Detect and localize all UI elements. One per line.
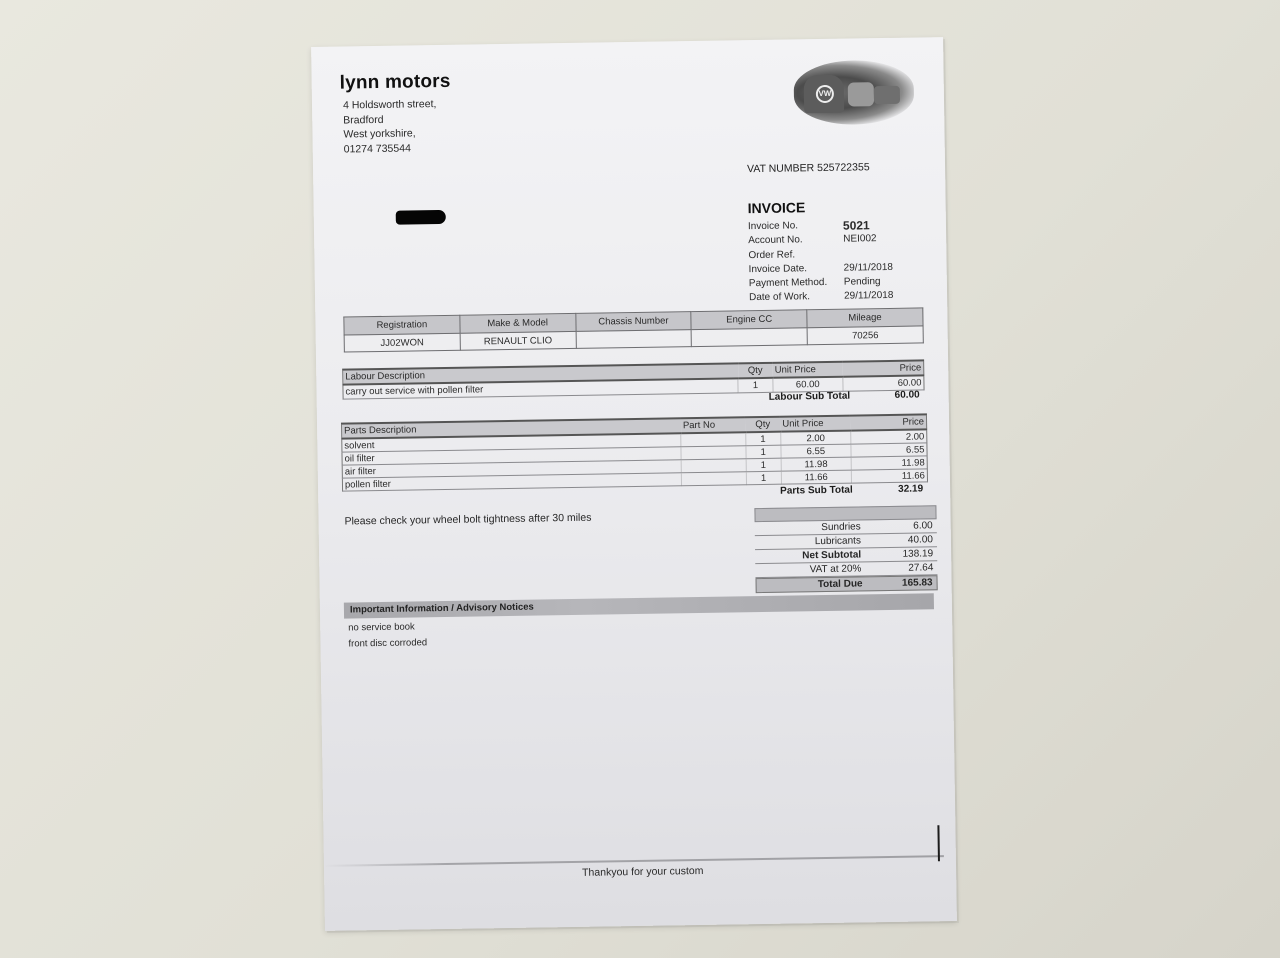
col-make-model: Make & Model [460, 313, 576, 333]
invoice-details: Invoice No. 5021 Account No. NEI002 Orde… [748, 218, 894, 306]
part-qty: 1 [746, 471, 781, 485]
part-unit-price: 2.00 [780, 431, 850, 446]
col-qty: Qty [745, 417, 780, 433]
account-number-row: Account No. NEI002 [748, 232, 893, 249]
summary-label: VAT at 20% [755, 562, 865, 577]
summary-label: Net Subtotal [755, 548, 865, 563]
registration: JJ02WON [344, 333, 460, 352]
col-part-no: Part No [681, 417, 746, 433]
part-unit-price: 11.66 [781, 470, 851, 484]
field-label: Date of Work. [749, 290, 844, 306]
total-due-row: Total Due 165.83 [755, 575, 937, 593]
field-label: Account No. [748, 233, 843, 249]
redaction-mark [396, 210, 446, 225]
col-engine-cc: Engine CC [691, 310, 807, 330]
part-price: 11.66 [851, 469, 927, 483]
phone-number: 01274 735544 [344, 141, 438, 157]
part-qty: 1 [746, 445, 781, 459]
net-subtotal-value: 138.19 [865, 547, 937, 561]
col-registration: Registration [344, 315, 460, 335]
part-number [681, 459, 746, 473]
col-qty: Qty [738, 363, 773, 379]
col-mileage: Mileage [807, 308, 923, 328]
part-price: 11.98 [851, 456, 927, 470]
summary-label: Total Due [757, 577, 867, 592]
parts-table: Parts Description Part No Qty Unit Price… [341, 413, 928, 491]
field-label: Payment Method. [749, 276, 844, 292]
summary-label: Sundries [755, 520, 865, 535]
sundries-value: 6.00 [865, 519, 937, 533]
parts-subtotal: 32.19 [898, 483, 923, 494]
invoice-date: 29/11/2018 [844, 261, 894, 276]
thank-you-footer: Thankyou for your custom [582, 865, 704, 879]
col-price: Price [850, 414, 926, 430]
labour-subtotal-label: Labour Sub Total [769, 391, 851, 403]
address-line: 4 Holdsworth street, [343, 97, 437, 113]
part-price: 2.00 [851, 429, 927, 444]
engine-cc [691, 328, 807, 347]
address-line: Bradford [343, 112, 437, 128]
vehicle-table: Registration Make & Model Chassis Number… [343, 307, 923, 352]
address-line: West yorkshire, [343, 126, 437, 142]
part-number [682, 472, 747, 486]
lubricants-value: 40.00 [865, 533, 937, 547]
col-chassis-number: Chassis Number [575, 312, 691, 332]
mileage: 70256 [807, 326, 923, 345]
car-icon [874, 86, 900, 104]
col-unit-price: Unit Price [780, 416, 850, 432]
col-unit-price: Unit Price [773, 362, 843, 378]
part-number [681, 446, 746, 460]
advisory-notices: Important Information / Advisory Notices… [344, 593, 935, 650]
part-number [681, 432, 746, 447]
part-qty: 1 [745, 432, 780, 446]
invoice-number: 5021 [843, 218, 870, 233]
field-label: Order Ref. [748, 247, 843, 263]
parts-subtotal-label: Parts Sub Total [780, 485, 853, 497]
date-of-work-row: Date of Work. 29/11/2018 [749, 289, 894, 306]
part-unit-price: 6.55 [781, 444, 851, 458]
part-unit-price: 11.98 [781, 457, 851, 471]
company-address: 4 Holdsworth street, Bradford West yorks… [343, 97, 437, 156]
labour-qty: 1 [738, 378, 773, 393]
vat-number: VAT NUMBER 525722355 [747, 161, 870, 175]
totals-summary: Sundries 6.00 Lubricants 40.00 Net Subto… [754, 505, 937, 593]
field-label: Invoice Date. [749, 262, 844, 278]
part-price: 6.55 [851, 443, 927, 457]
van-icon [848, 82, 874, 106]
labour-subtotal: 60.00 [895, 390, 920, 401]
summary-label: Lubricants [755, 534, 865, 549]
make-model: RENAULT CLIO [460, 331, 576, 350]
total-due-value: 165.83 [866, 576, 936, 590]
staple-mark [937, 825, 940, 861]
company-name: lynn motors [340, 71, 451, 95]
date-of-work: 29/11/2018 [844, 289, 894, 304]
invoice-title: INVOICE [748, 199, 806, 216]
wheel-bolt-notice: Please check your wheel bolt tightness a… [344, 512, 591, 528]
invoice-sheet: lynn motors 4 Holdsworth street, Bradfor… [311, 37, 957, 931]
chassis-number [576, 330, 692, 349]
field-label: Invoice No. [748, 219, 843, 235]
company-logo-photo: VW [793, 60, 914, 126]
part-qty: 1 [746, 458, 781, 472]
col-price: Price [842, 360, 924, 376]
payment-method: Pending [844, 275, 881, 290]
vat-value: 27.64 [865, 561, 937, 575]
account-number: NEI002 [843, 232, 877, 247]
